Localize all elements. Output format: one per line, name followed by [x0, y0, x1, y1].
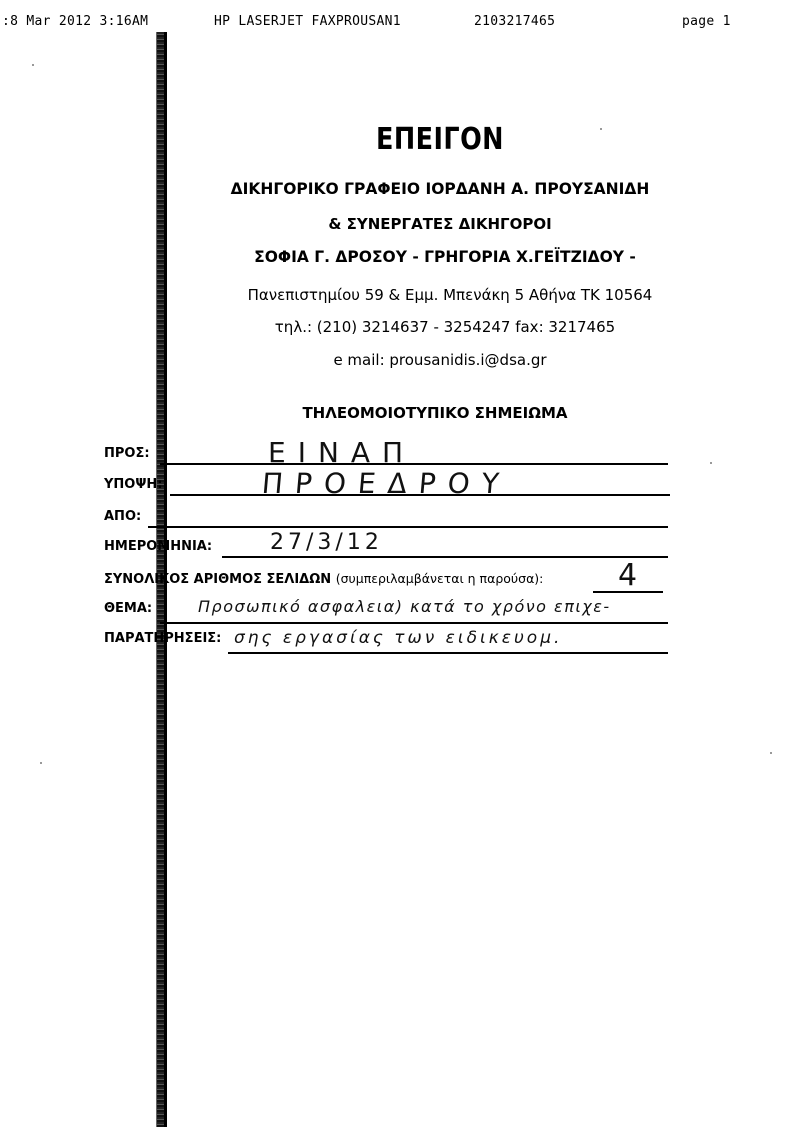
partners-line: & ΣΥΝΕΡΓΑΤΕΣ ΔΙΚΗΓΟΡΟΙ	[160, 215, 720, 233]
scan-speck	[32, 64, 34, 66]
associates-line: ΣΟΦΙΑ Γ. ΔΡΟΣΟΥ - ΓΡΗΓΟΡΙΑ Χ.ΓΕΪΤΖΙΔΟΥ -	[165, 248, 725, 266]
remarks-label: ΠΑΡΑΤΗΡΗΣΕΙΣ:	[104, 631, 221, 646]
remarks-line	[228, 652, 668, 654]
memo-title: ΤΗΛΕΟΜΟΙΟΤΥΠΙΚΟ ΣΗΜΕΙΩΜΑ	[155, 404, 715, 422]
fax-device-name: HP LASERJET FAXPROUSAN1	[214, 14, 401, 29]
to-label: ΠΡΟΣ:	[104, 446, 150, 461]
fax-number: 2103217465	[474, 14, 555, 29]
fax-date-time: :8 Mar 2012 3:16AM	[2, 14, 148, 29]
to-value: ΕΙΝΑΠ	[268, 436, 415, 469]
total-pages-note: (συμπεριλαμβάνεται η παρούσα):	[336, 571, 544, 586]
subject-line	[160, 622, 668, 624]
date-label: ΗΜΕΡΟΜΗΝΙΑ:	[104, 539, 212, 554]
firm-address: Πανεπιστημίου 59 & Εμμ. Μπενάκη 5 Αθήνα …	[170, 286, 730, 304]
firm-email: e mail: prousanidis.i@dsa.gr	[160, 351, 720, 369]
fax-transmission-header: :8 Mar 2012 3:16AM HP LASERJET FAXPROUSA…	[0, 14, 800, 34]
attention-label: ΥΠΟΨΗ:	[104, 477, 162, 492]
scan-speck	[40, 762, 42, 764]
remarks-value: σης εργασίας των ειδικευομ.	[234, 628, 562, 648]
attention-value: ΠΡΟΕΔΡΟΥ	[261, 467, 513, 500]
date-line	[222, 556, 668, 558]
scan-speck	[710, 462, 712, 464]
subject-value: Προσωπικό ασφαλεια) κατά το χρόνο επιχε-	[198, 597, 611, 616]
scan-speck	[600, 128, 602, 130]
subject-label: ΘΕΜΑ:	[104, 601, 152, 616]
total-pages-label-row: ΣΥΝΟΛΙΚΟΣ ΑΡΙΘΜΟΣ ΣΕΛΙΔΩΝ (συμπεριλαμβάν…	[104, 571, 543, 587]
scan-speck	[770, 752, 772, 754]
firm-name: ΔΙΚΗΓΟΡΙΚΟ ΓΡΑΦΕΙΟ ΙΟΡΔΑΝΗ Α. ΠΡΟΥΣΑΝΙΔΗ	[160, 180, 720, 198]
urgent-title: ΕΠΕΙΓΟΝ	[202, 122, 678, 157]
total-pages-value: 4	[618, 558, 637, 593]
total-pages-label: ΣΥΝΟΛΙΚΟΣ ΑΡΙΘΜΟΣ ΣΕΛΙΔΩΝ	[104, 572, 331, 587]
date-value: 27/3/12	[270, 530, 383, 555]
fax-page-number: page 1	[682, 14, 731, 29]
firm-phone-fax: τηλ.: (210) 3214637 - 3254247 fax: 32174…	[165, 318, 725, 336]
from-label: ΑΠΟ:	[104, 509, 141, 524]
